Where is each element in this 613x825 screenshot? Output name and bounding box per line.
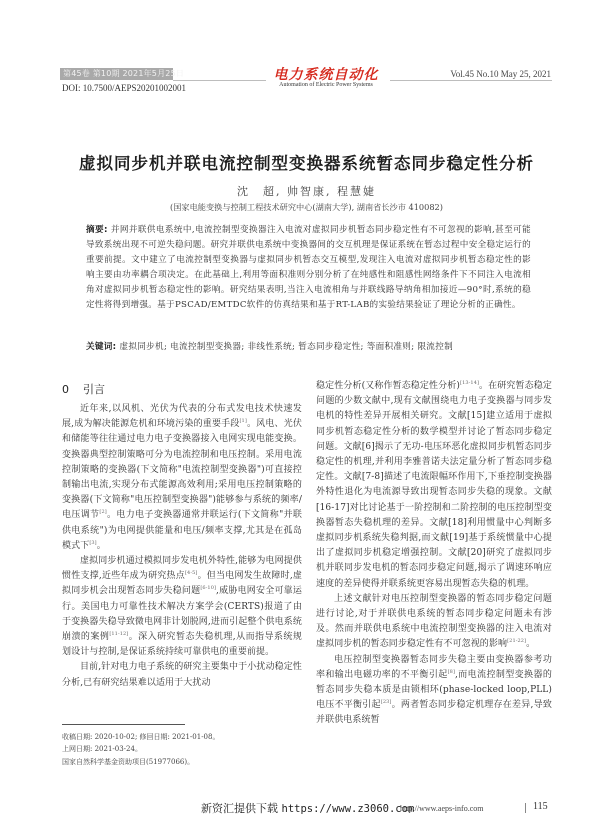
citation[interactable]: [8] [448,669,455,675]
page-number: 115 [533,801,548,812]
footnote-funding: 国家自然科学基金资助项目(51977066)。 [62,756,219,768]
footnote-received: 收稿日期: 2020-10-02; 修回日期: 2021-01-08。 [62,731,219,743]
keywords-text: 虚拟同步机; 电流控制型变换器; 非线性系统; 暂态同步稳定性; 等面积准则; … [119,342,453,352]
journal-name-en: Automation of Electric Power Systems [262,82,390,88]
citation[interactable]: [6-10] [200,585,216,591]
citation[interactable]: [11-12] [109,631,128,637]
issue-bar: 第45卷 第10期 2021年5月25日 [60,68,173,80]
citation[interactable]: [1] [240,418,247,424]
citation[interactable]: [3] [89,540,96,546]
footer-separator [525,803,526,813]
abstract-text: 并网并联供电系统中,电流控制型变换器注入电流对虚拟同步机暂态同步稳定性有不可忽视… [86,225,531,310]
watermark-text: 新资汇提供下载 [201,802,282,815]
citation[interactable]: [23] [381,699,392,705]
footnote-online: 上网日期: 2021-03-24。 [62,743,219,755]
keywords-label: 关键词: [86,342,116,352]
section-heading: 0引言 [62,381,105,397]
paragraph: 稳定性分析(又称作暂态稳定性分析)[13-14]。在研究暂态稳定问题的少数文献中… [316,379,552,592]
citation[interactable]: [13-14] [460,380,479,386]
header-rule-right [390,80,552,81]
paragraph: 上述文献针对电压控制型变换器的暂态同步稳定问题进行讨论,对于并联供电系统的暂态同… [316,592,552,653]
body-left-column: 近年来,以风机、光伏为代表的分布式发电技术快速发展,成为解决能源危机和环境污染的… [62,402,302,691]
keywords: 关键词: 虚拟同步机; 电流控制型变换器; 非线性系统; 暂态同步稳定性; 等面… [86,340,531,355]
footnotes: 收稿日期: 2020-10-02; 修回日期: 2021-01-08。 上网日期… [62,731,219,768]
paragraph: 电压控制型变换器暂态同步失稳主要由变换器参考功率和输出电磁功率的不平衡引起[8]… [316,653,552,729]
download-watermark: 新资汇提供下载 https://www.z3060.com [201,800,414,816]
affiliation: (国家电能变换与控制工程技术研究中心(湖南大学), 湖南省长沙市 410082) [0,202,613,213]
article-title: 虚拟同步机并联电流控制型变换器系统暂态同步稳定性分析 [0,150,613,174]
paragraph: 虚拟同步机通过模拟同步发电机外特性,能够为电网提供惯性支撑,近些年成为研究热点[… [62,554,302,660]
volume-info: Vol.45 No.10 May 25, 2021 [450,69,551,79]
authors: 沈 超, 帅智康, 程慧婕 [0,183,613,199]
citation[interactable]: [4-5] [185,570,197,576]
journal-logo: 电力系统自动化 [270,64,382,84]
citation[interactable]: [21-22] [507,638,526,644]
paragraph: 目前,针对电力电子系统的研究主要集中于小扰动稳定性分析,已有研究结果难以适用于大… [62,660,302,690]
body-right-column: 稳定性分析(又称作暂态稳定性分析)[13-14]。在研究暂态稳定问题的少数文献中… [316,379,552,729]
header-rule-left [173,80,266,81]
abstract: 摘要: 并网并联供电系统中,电流控制型变换器注入电流对虚拟同步机暂态同步稳定性有… [86,223,531,314]
section-number: 0 [62,383,69,396]
doi: DOI: 10.7500/AEPS20201002001 [62,83,186,93]
footnote-divider [62,724,185,725]
watermark-link[interactable]: https://www.z3060.com [282,803,415,815]
abstract-label: 摘要: [86,225,108,235]
section-title: 引言 [83,383,105,396]
citation[interactable]: [2] [99,509,106,515]
paragraph: 近年来,以风机、光伏为代表的分布式发电技术快速发展,成为解决能源危机和环境污染的… [62,402,302,554]
